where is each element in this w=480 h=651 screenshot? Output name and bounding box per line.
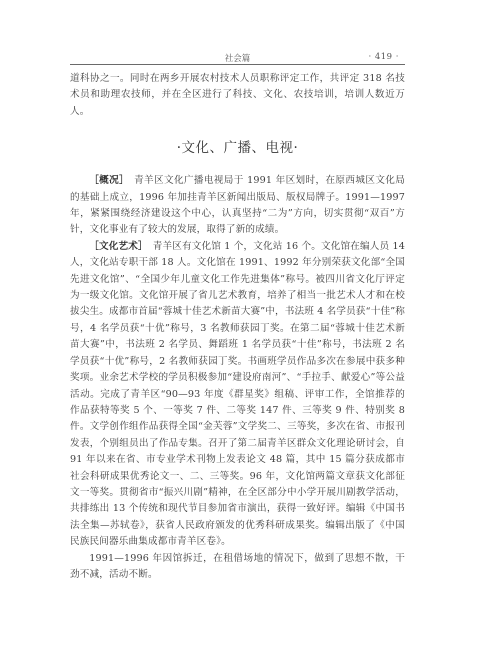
- running-header: 社会篇 · 419 ·: [70, 50, 405, 64]
- section-heading: ·文化、广播、电视·: [70, 138, 405, 158]
- header-section-title: 社会篇: [70, 52, 405, 64]
- body-text: 道科协之一。同时在两乡开展农村技术人员职称评定工作，共评定 318 名技术员和助…: [70, 71, 405, 583]
- overview-tag: ［概况］: [89, 175, 129, 186]
- page-number: · 419 ·: [368, 52, 399, 62]
- closing-paragraph: 1991—1996 年因馆拆迁，在租借场地的情况下，做到了思想不散，干劲不减，活…: [70, 551, 405, 584]
- culture-arts-tag: ［文化艺术］: [89, 241, 148, 252]
- culture-arts-paragraph: ［文化艺术］青羊区有文化馆 1 个，文化站 16 个。文化馆在编人员 14 人，…: [70, 239, 405, 551]
- intro-paragraph: 道科协之一。同时在两乡开展农村技术人员职称评定工作，共评定 318 名技术员和助…: [70, 71, 405, 120]
- culture-arts-text: 青羊区有文化馆 1 个，文化站 16 个。文化馆在编人员 14 人，文化站专职干…: [70, 241, 405, 547]
- overview-paragraph: ［概况］青羊区文化广播电视局于 1991 年区划时，在原西城区文化局的基础上成立…: [70, 173, 405, 239]
- header-rule: [70, 64, 405, 65]
